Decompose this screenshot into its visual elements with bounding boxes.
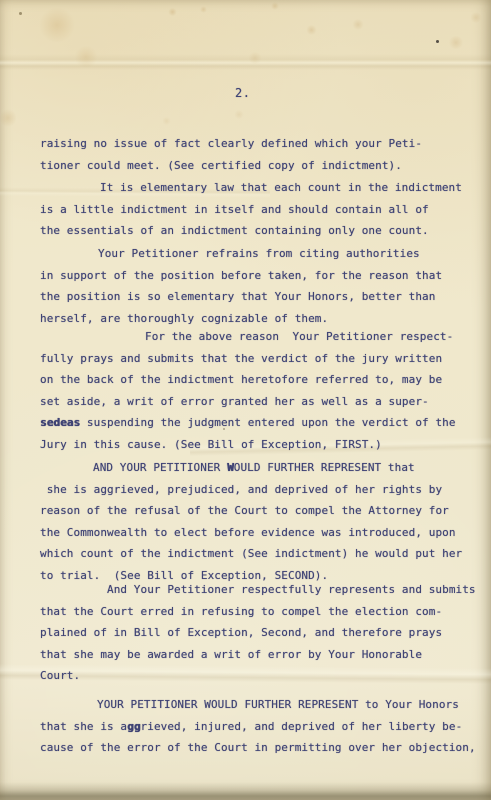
- text-line: Jury in this cause. (See Bill of Excepti…: [40, 434, 472, 456]
- text-line: YOUR PETITIONER WOULD FURTHER REPRESENT …: [40, 694, 472, 716]
- paragraph: It is elementary law that each count in …: [40, 177, 472, 242]
- text-layer: raising no issue of fact clearly defined…: [0, 0, 491, 800]
- paragraph: And Your Petitioner respectfully represe…: [40, 579, 472, 687]
- text-line: she is aggrieved, prejudiced, and depriv…: [40, 479, 472, 501]
- text-line: And Your Petitioner respectfully represe…: [40, 579, 472, 601]
- text-line: is a little indictment in itself and sho…: [40, 199, 472, 221]
- text-line: that she is aggrieved, injured, and depr…: [40, 716, 472, 738]
- text-line: tioner could meet. (See certified copy o…: [40, 155, 472, 177]
- overstruck-text: W: [227, 461, 234, 474]
- text-line: sedeas suspending the judgment entered u…: [40, 412, 472, 434]
- text-line: It is elementary law that each count in …: [40, 177, 472, 199]
- text-line: plained of in Bill of Exception, Second,…: [40, 622, 472, 644]
- overstruck-text: gg: [127, 720, 140, 733]
- text-line: the essentials of an indictment containi…: [40, 220, 472, 242]
- overstruck-text: sedeas: [40, 416, 80, 429]
- text-line: which count of the indictment (See indic…: [40, 543, 472, 565]
- text-line: Court.: [40, 665, 472, 687]
- text-line: set aside, a writ of error granted her a…: [40, 391, 472, 413]
- paragraph: AND YOUR PETITIONER WOULD FURTHER REPRES…: [40, 457, 472, 586]
- text-line: that she may be awarded a writ of error …: [40, 644, 472, 666]
- text-line: cause of the error of the Court in permi…: [40, 737, 472, 759]
- text-line: on the back of the indictment heretofore…: [40, 369, 472, 391]
- text-line: raising no issue of fact clearly defined…: [40, 133, 472, 155]
- text-line: reason of the refusal of the Court to co…: [40, 500, 472, 522]
- text-line: the Commonwealth to elect before evidenc…: [40, 522, 472, 544]
- paragraph: Your Petitioner refrains from citing aut…: [40, 243, 472, 329]
- text-line: in support of the position before taken,…: [40, 265, 472, 287]
- paragraph: raising no issue of fact clearly defined…: [40, 133, 472, 176]
- text-line: that the Court erred in refusing to comp…: [40, 601, 472, 623]
- text-line: fully prays and submits that the verdict…: [40, 348, 472, 370]
- text-line: AND YOUR PETITIONER WOULD FURTHER REPRES…: [40, 457, 472, 479]
- paragraph: YOUR PETITIONER WOULD FURTHER REPRESENT …: [40, 694, 472, 759]
- paragraph: For the above reason Your Petitioner res…: [40, 326, 472, 455]
- text-line: For the above reason Your Petitioner res…: [40, 326, 472, 348]
- scanned-document-page: 2. raising no issue of fact clearly defi…: [0, 0, 491, 800]
- text-line: Your Petitioner refrains from citing aut…: [40, 243, 472, 265]
- text-line: the position is so elementary that Your …: [40, 286, 472, 308]
